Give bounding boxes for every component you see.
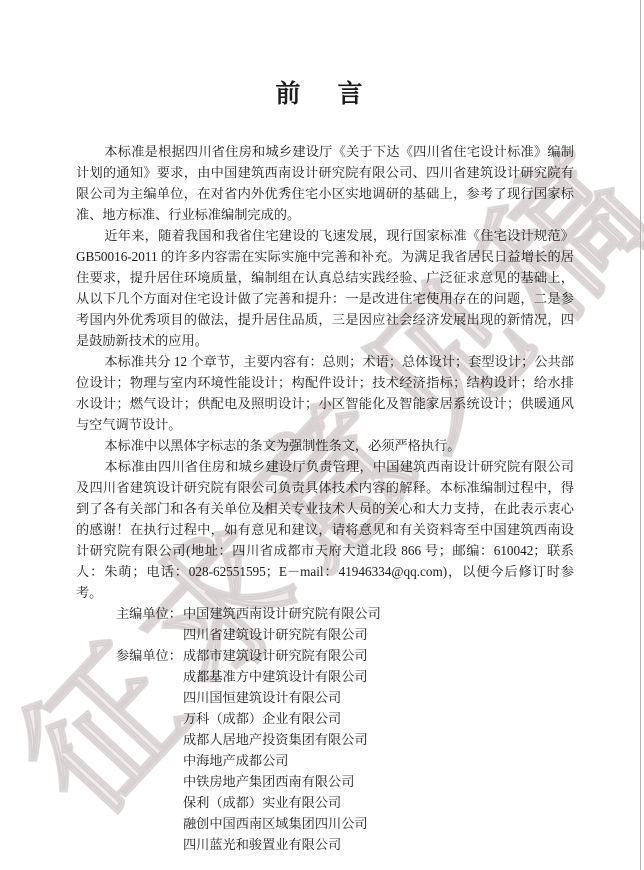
unit-label-spacer xyxy=(116,771,183,792)
unit-label-spacer xyxy=(116,624,183,645)
document-page: 征求意见稿 前 言 本标准是根据四川省住房和城乡建设厅《关于下达《四川省住宅设计… xyxy=(0,0,644,870)
chief-editor-row: 主编单位： 中国建筑西南设计研究院有限公司 xyxy=(76,603,574,624)
unit-label-spacer xyxy=(116,687,183,708)
unit-name: 成都市建筑设计研究院有限公司 xyxy=(183,645,368,666)
paragraph-1: 本标准是根据四川省住房和城乡建设厅《关于下达《四川省住宅设计标准》编制计划的通知… xyxy=(76,141,574,225)
co-editor-row: 四川国恒建筑设计有限公司 xyxy=(76,687,574,708)
paragraph-5: 本标准由四川省住房和城乡建设厅负责管理，中国建筑西南设计研究院有限公司及四川省建… xyxy=(76,456,574,603)
co-editor-row: 保利（成都）实业有限公司 xyxy=(76,792,574,813)
unit-name: 融创中国西南区域集团四川公司 xyxy=(183,813,368,834)
unit-label-spacer xyxy=(116,813,183,834)
unit-name: 四川省建筑设计研究院有限公司 xyxy=(183,624,368,645)
co-editor-label: 参编单位： xyxy=(116,645,183,666)
unit-name: 中铁房地产集团西南有限公司 xyxy=(183,771,354,792)
unit-label-spacer xyxy=(116,729,183,750)
unit-name: 四川蓝光和骏置业有限公司 xyxy=(183,834,341,855)
unit-name: 四川国恒建筑设计有限公司 xyxy=(183,687,341,708)
unit-label-spacer xyxy=(116,792,183,813)
co-editor-row: 成都人居地产投资集团有限公司 xyxy=(76,729,574,750)
co-editor-row: 参编单位： 成都市建筑设计研究院有限公司 xyxy=(76,645,574,666)
co-editor-row: 中海地产成都公司 xyxy=(76,750,574,771)
unit-name: 中海地产成都公司 xyxy=(183,750,289,771)
unit-name: 万科（成都）企业有限公司 xyxy=(183,708,341,729)
paragraph-3: 本标准共分 12 个章节，主要内容有：总则；术语；总体设计；套型设计；公共部位设… xyxy=(76,351,574,435)
body-text: 本标准是根据四川省住房和城乡建设厅《关于下达《四川省住宅设计标准》编制计划的通知… xyxy=(76,141,574,855)
chief-editor-row: 四川省建筑设计研究院有限公司 xyxy=(76,624,574,645)
unit-name: 中国建筑西南设计研究院有限公司 xyxy=(183,603,381,624)
unit-name: 成都基准方中建筑设计有限公司 xyxy=(183,666,368,687)
co-editor-row: 成都基准方中建筑设计有限公司 xyxy=(76,666,574,687)
unit-label-spacer xyxy=(116,834,183,855)
unit-label-spacer xyxy=(116,750,183,771)
unit-label-spacer xyxy=(116,666,183,687)
co-editor-row: 融创中国西南区域集团四川公司 xyxy=(76,813,574,834)
co-editor-row: 四川蓝光和骏置业有限公司 xyxy=(76,834,574,855)
paragraph-4: 本标准中以黑体字标志的条文为强制性条文，必须严格执行。 xyxy=(76,435,574,456)
unit-label-spacer xyxy=(116,708,183,729)
page-title: 前 言 xyxy=(0,74,644,110)
page-edge-line xyxy=(640,0,641,870)
unit-name: 成都人居地产投资集团有限公司 xyxy=(183,729,368,750)
chief-editor-label: 主编单位： xyxy=(116,603,183,624)
paragraph-2: 近年来，随着我国和我省住宅建设的飞速发展，现行国家标准《住宅设计规范》GB500… xyxy=(76,225,574,351)
unit-name: 保利（成都）实业有限公司 xyxy=(183,792,341,813)
co-editor-row: 中铁房地产集团西南有限公司 xyxy=(76,771,574,792)
co-editor-row: 万科（成都）企业有限公司 xyxy=(76,708,574,729)
